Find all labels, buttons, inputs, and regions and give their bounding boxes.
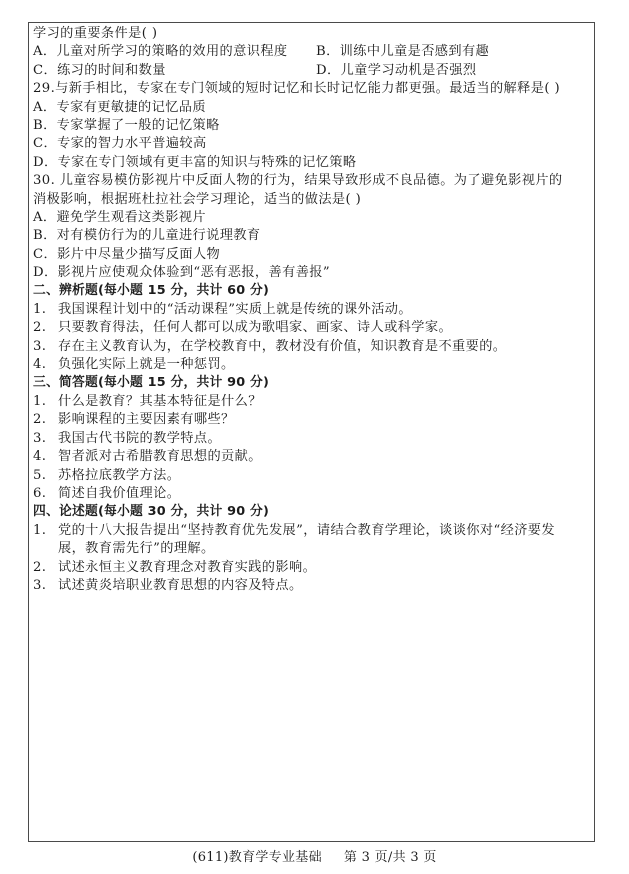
q29-option-a: A．专家有更敏捷的记忆品质 bbox=[33, 99, 593, 117]
q28-option-b: B．训练中儿童是否感到有趣 bbox=[316, 43, 489, 61]
section-2-item: 2. 只要教育得法，任何人都可以成为歌唱家、画家、诗人或科学家。 bbox=[33, 319, 593, 337]
q30-option-c: C．影片中尽量少描写反面人物 bbox=[33, 246, 593, 264]
section-4-item: 1. 党的十八大报告提出“坚持教育优先发展”，请结合教育学理论，谈谈你对“经济要… bbox=[33, 522, 593, 559]
q30-option-b: B．对有模仿行为的儿童进行说理教育 bbox=[33, 227, 593, 245]
item-text: 存在主义教育认为，在学校教育中，教材没有价值，知识教育是不重要的。 bbox=[58, 338, 578, 356]
q28-options-row-2: C．练习的时间和数量 D．儿童学习动机是否强烈 bbox=[33, 62, 593, 80]
section-2-item: 1. 我国课程计划中的“活动课程”实质上就是传统的课外活动。 bbox=[33, 301, 593, 319]
item-text: 试述永恒主义教育理念对教育实践的影响。 bbox=[58, 559, 578, 577]
item-number: 2. bbox=[33, 319, 58, 337]
item-number: 1. bbox=[33, 393, 58, 411]
q30-stem-line-1: 30. 儿童容易模仿影视片中反面人物的行为，结果导致形成不良品德。为了避免影视片… bbox=[33, 172, 593, 190]
section-3-item: 4. 智者派对古希腊教育思想的贡献。 bbox=[33, 448, 593, 466]
item-text: 什么是教育？其基本特征是什么？ bbox=[58, 393, 578, 411]
section-3-item: 1. 什么是教育？其基本特征是什么？ bbox=[33, 393, 593, 411]
q28-options-row-1: A．儿童对所学习的策略的效用的意识程度 B．训练中儿童是否感到有趣 bbox=[33, 43, 593, 61]
item-text: 苏格拉底教学方法。 bbox=[58, 467, 578, 485]
item-text: 负强化实际上就是一种惩罚。 bbox=[58, 356, 578, 374]
q28-option-a: A．儿童对所学习的策略的效用的意识程度 bbox=[33, 43, 316, 61]
q29-option-b: B．专家掌握了一般的记忆策略 bbox=[33, 117, 593, 135]
item-number: 6. bbox=[33, 485, 58, 503]
page-number: 第 3 页/共 3 页 bbox=[344, 850, 437, 865]
item-number: 2. bbox=[33, 559, 58, 577]
q28-option-c: C．练习的时间和数量 bbox=[33, 62, 316, 80]
item-number: 5. bbox=[33, 467, 58, 485]
item-number: 2. bbox=[33, 411, 58, 429]
section-4-item: 2. 试述永恒主义教育理念对教育实践的影响。 bbox=[33, 559, 593, 577]
q30-stem-line-2: 消极影响，根据班杜拉社会学习理论，适当的做法是( ) bbox=[33, 191, 593, 209]
item-number: 3. bbox=[33, 430, 58, 448]
item-text: 党的十八大报告提出“坚持教育优先发展”，请结合教育学理论，谈谈你对“经济要发展，… bbox=[58, 522, 578, 559]
q29-option-d: D．专家在专门领域有更丰富的知识与特殊的记忆策略 bbox=[33, 154, 593, 172]
q29-stem: 29.与新手相比，专家在专门领域的短时记忆和长时记忆能力都更强。最适当的解释是(… bbox=[33, 80, 593, 98]
section-2-item: 4. 负强化实际上就是一种惩罚。 bbox=[33, 356, 593, 374]
item-text: 简述自我价值理论。 bbox=[58, 485, 578, 503]
item-text: 智者派对古希腊教育思想的贡献。 bbox=[58, 448, 578, 466]
q30-option-a: A．避免学生观看这类影视片 bbox=[33, 209, 593, 227]
section-3-item: 2. 影响课程的主要因素有哪些？ bbox=[33, 411, 593, 429]
section-4-title: 四、论述题(每小题 30 分，共计 90 分) bbox=[33, 503, 593, 521]
section-3-item: 6. 简述自我价值理论。 bbox=[33, 485, 593, 503]
page-footer: (611)教育学专业基础第 3 页/共 3 页 bbox=[0, 846, 629, 865]
q30-option-d: D．影视片应使观众体验到“恶有恶报，善有善报” bbox=[33, 264, 593, 282]
q29-option-c: C．专家的智力水平普遍较高 bbox=[33, 135, 593, 153]
item-number: 1. bbox=[33, 301, 58, 319]
item-number: 3. bbox=[33, 577, 58, 595]
item-text: 影响课程的主要因素有哪些？ bbox=[58, 411, 578, 429]
section-2-title: 二、辨析题(每小题 15 分，共计 60 分) bbox=[33, 282, 593, 300]
item-number: 4. bbox=[33, 356, 58, 374]
section-4-item: 3. 试述黄炎培职业教育思想的内容及特点。 bbox=[33, 577, 593, 595]
section-3-item: 5. 苏格拉底教学方法。 bbox=[33, 467, 593, 485]
item-number: 1. bbox=[33, 522, 58, 559]
q28-option-d: D．儿童学习动机是否强烈 bbox=[316, 62, 476, 80]
item-text: 我国古代书院的教学特点。 bbox=[58, 430, 578, 448]
item-number: 4. bbox=[33, 448, 58, 466]
section-3-item: 3. 我国古代书院的教学特点。 bbox=[33, 430, 593, 448]
section-3-title: 三、简答题(每小题 15 分，共计 90 分) bbox=[33, 374, 593, 392]
item-number: 3. bbox=[33, 338, 58, 356]
q28-stem: 学习的重要条件是( ) bbox=[33, 25, 593, 43]
item-text: 试述黄炎培职业教育思想的内容及特点。 bbox=[58, 577, 578, 595]
exam-content: 学习的重要条件是( ) A．儿童对所学习的策略的效用的意识程度 B．训练中儿童是… bbox=[33, 25, 593, 595]
item-text: 只要教育得法，任何人都可以成为歌唱家、画家、诗人或科学家。 bbox=[58, 319, 578, 337]
course-title: (611)教育学专业基础 bbox=[192, 850, 322, 865]
item-text: 我国课程计划中的“活动课程”实质上就是传统的课外活动。 bbox=[58, 301, 578, 319]
section-2-item: 3. 存在主义教育认为，在学校教育中，教材没有价值，知识教育是不重要的。 bbox=[33, 338, 593, 356]
